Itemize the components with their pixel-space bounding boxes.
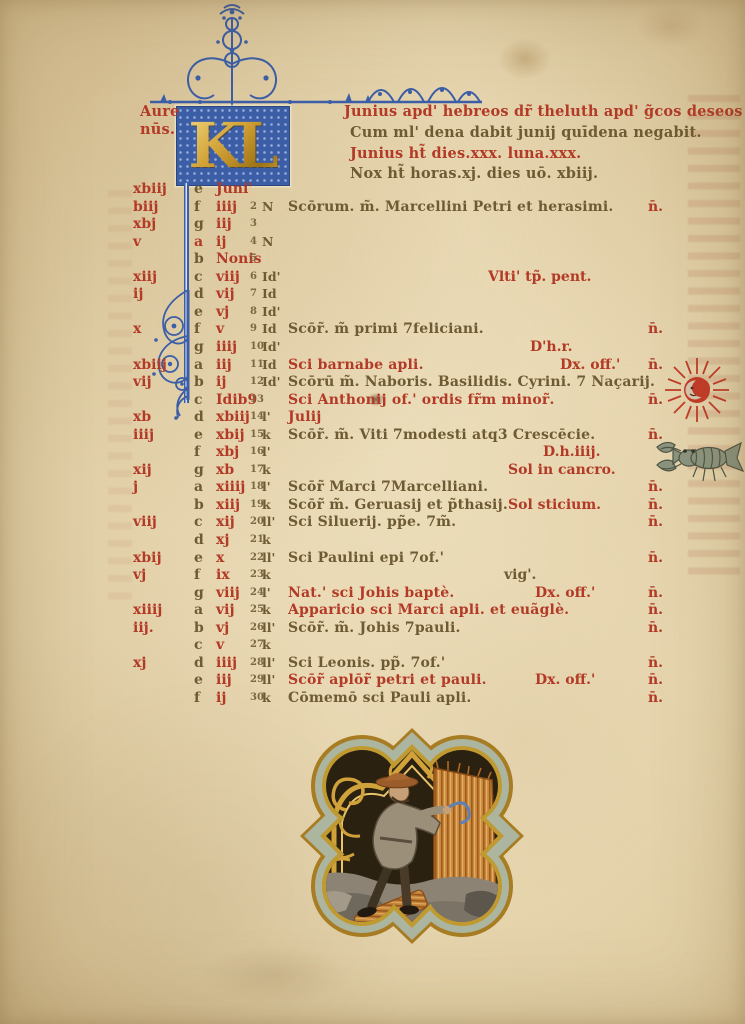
kalend-mark: Id' <box>262 304 280 319</box>
golden-number-column-label-line2: nūs. <box>140 121 175 138</box>
golden-number-column-label-line1: Aure <box>140 103 179 120</box>
margin-n-mark: n̄. <box>648 620 663 636</box>
calendar-row-june-1: xbiijeJuni' <box>0 181 745 199</box>
calendar-row-june-29: eiij29ll'Scōr̃ aplōr̃ petri et pauli.Dx.… <box>0 672 745 690</box>
calendar-row-june-12: vijbij12Id'Scōrū m̃. Naboris. Basilidis.… <box>0 374 745 392</box>
feast-entry: Scōrum. m̃. Marcellini Petri et herasimi… <box>288 199 613 215</box>
roman-day-count: xij <box>216 514 235 530</box>
header-verse-line2: Cum ml' dena dabit junij quīdena negabit… <box>350 124 702 141</box>
golden-number: xiiij <box>133 602 162 618</box>
calendar-row-june-17: xijgxb17kSol in cancro. <box>0 462 745 480</box>
liturgical-note: Dx. off.' <box>535 672 595 688</box>
margin-n-mark: n̄. <box>648 321 663 337</box>
roman-day-count: vij <box>216 286 235 302</box>
feast-entry: Scōr̃. m̃. Viti 7modesti atq3 Crescēcie. <box>288 427 595 443</box>
calendar-row-june-19: bxiij19kScōr̃ m̃. Geruasij et p̃thasij.S… <box>0 497 745 515</box>
kalend-mark: l' <box>262 444 271 459</box>
feast-entry: Cōmemō sci Pauli apli. <box>288 690 472 706</box>
arabic-day-number: 2 <box>250 201 257 212</box>
feast-entry: Sci barnabe apli. <box>288 357 424 373</box>
parchment-stain <box>200 945 350 1005</box>
golden-number: biij <box>133 199 159 215</box>
liturgical-note: Sol in cancro. <box>508 462 616 478</box>
calendar-row-june-16: fxbj16l'D.h.iiij. <box>0 444 745 462</box>
dominical-letter: f <box>194 199 200 215</box>
dominical-letter: a <box>194 357 203 373</box>
roman-day-count: iiij <box>216 655 237 671</box>
liturgical-note: Sol sticium. <box>508 497 601 513</box>
calendar-row-june-2: biijfiiij2NScōrum. m̃. Marcellini Petri … <box>0 199 745 217</box>
feast-entry: Scōr̃ aplōr̃ petri et pauli. <box>288 672 487 688</box>
dominical-letter: a <box>194 479 203 495</box>
dominical-letter: g <box>194 339 204 355</box>
arabic-day-number: 7 <box>250 288 257 299</box>
feast-entry: Sci Anthonij of.' ordis fr̃m minor̃. <box>288 392 555 408</box>
calendar-row-june-24: gviij24l'Nat.' sci Johis baptè.Dx. off.'… <box>0 585 745 603</box>
dominical-letter: e <box>194 427 203 443</box>
dominical-letter: d <box>194 532 204 548</box>
kalend-mark: ll' <box>262 655 275 670</box>
golden-number: iij. <box>133 620 154 636</box>
roman-day-count: xb <box>216 462 234 478</box>
calendar-row-june-13: cIdib913Sci Anthonij of.' ordis fr̃m min… <box>0 392 745 410</box>
calendar-row-june-6: xiijcviij6Id'Vlti' tp̃. pent. <box>0 269 745 287</box>
feast-entry: Scōrū m̃. Naboris. Basilidis. Cyrini. 7 … <box>288 374 655 390</box>
golden-number: xbiij <box>133 357 167 373</box>
feast-entry: Sci Siluerij. pp̃e. 7m̃. <box>288 514 456 530</box>
roman-day-count: vj <box>216 620 229 636</box>
roman-day-count: Juni' <box>216 181 253 197</box>
dominical-letter: d <box>194 286 204 302</box>
margin-n-mark: n̄. <box>648 585 663 601</box>
sun-face-symbol <box>661 354 733 426</box>
feast-entry: Nat.' sci Johis baptè. <box>288 585 454 601</box>
kalend-mark: Id' <box>262 339 280 354</box>
cancer-zodiac-symbol <box>651 431 745 487</box>
roman-day-count: xbij <box>216 427 245 443</box>
arabic-day-number: 3 <box>250 218 257 229</box>
feast-entry: Sci Leonis. pp̃. 7of.' <box>288 655 445 671</box>
kalend-mark: k <box>262 427 271 442</box>
kalend-mark: k <box>262 532 271 547</box>
dominical-letter: g <box>194 216 204 232</box>
calendar-row-june-22: xbijex22ll'Sci Paulini epi 7of.'n̄. <box>0 550 745 568</box>
golden-number: v <box>133 234 141 250</box>
golden-number: x <box>133 321 141 337</box>
golden-number: iiij <box>133 427 154 443</box>
roman-day-count: iij <box>216 216 232 232</box>
golden-number: ij <box>133 286 143 302</box>
margin-n-mark: n̄. <box>648 602 663 618</box>
dominical-letter: d <box>194 655 204 671</box>
golden-number: viij <box>133 514 157 530</box>
roman-day-count: xiiij <box>216 479 245 495</box>
feast-entry: Sci Paulini epi 7of.' <box>288 550 444 566</box>
kalend-mark: k <box>262 690 271 705</box>
golden-number: xbj <box>133 216 156 232</box>
roman-day-count: v <box>216 321 224 337</box>
kalend-mark: l' <box>262 409 271 424</box>
roman-day-count: viij <box>216 269 240 285</box>
feast-entry: Scōr̃. m̃ primi 7feliciani. <box>288 321 484 337</box>
dominical-letter: b <box>194 374 204 390</box>
dominical-letter: g <box>194 585 204 601</box>
kalend-mark: N <box>262 199 273 214</box>
margin-n-mark: n̄. <box>648 514 663 530</box>
kalend-mark: ll' <box>262 672 275 687</box>
kalend-mark: k <box>262 637 271 652</box>
margin-n-mark: n̄. <box>648 655 663 671</box>
golden-number: xb <box>133 409 151 425</box>
calendar-row-june-25: xiiijavij25kApparicio sci Marci apli. et… <box>0 602 745 620</box>
dominical-letter: g <box>194 462 204 478</box>
dominical-letter: b <box>194 620 204 636</box>
kalend-mark: l' <box>262 585 271 600</box>
liturgical-note: D.h.iiij. <box>543 444 600 460</box>
margin-n-mark: n̄. <box>648 550 663 566</box>
calendar-row-june-9: xfv9IdScōr̃. m̃ primi 7feliciani.n̄. <box>0 321 745 339</box>
liturgical-note: Dx. off.' <box>535 585 595 601</box>
calendar-row-june-11: xbiijaiij11IdSci barnabe apli.Dx. off.'n… <box>0 357 745 375</box>
kalend-mark: ll' <box>262 550 275 565</box>
calendar-row-june-4: vaij4N <box>0 234 745 252</box>
kalend-mark: k <box>262 497 271 512</box>
calendar-row-june-28: xjdiiij28ll'Sci Leonis. pp̃. 7of.'n̄. <box>0 655 745 673</box>
parchment-stain <box>636 4 706 48</box>
calendar-row-june-10: giiij10Id'D'h.r. <box>0 339 745 357</box>
arabic-day-number: 4 <box>250 236 257 247</box>
arabic-day-number: 13 <box>250 394 264 405</box>
calendar-row-june-20: viijcxij20ll'Sci Siluerij. pp̃e. 7m̃.n̄. <box>0 514 745 532</box>
parchment-stain <box>498 38 552 80</box>
arabic-day-number: 9 <box>250 323 257 334</box>
golden-number: xbiij <box>133 181 167 197</box>
calendar-row-june-21: dxj21k <box>0 532 745 550</box>
dominical-letter: c <box>194 514 203 530</box>
dominical-letter: e <box>194 672 203 688</box>
arabic-day-number: 6 <box>250 271 257 282</box>
liturgical-note: D'h.r. <box>530 339 572 355</box>
roman-day-count: vj <box>216 304 229 320</box>
feast-entry: Scōr̃ Marci 7Marcelliani. <box>288 479 488 495</box>
roman-day-count: vij <box>216 602 235 618</box>
dominical-letter: c <box>194 392 203 408</box>
feast-entry: Scōr̃. m̃. Johis 7pauli. <box>288 620 461 636</box>
roman-day-count: x <box>216 550 224 566</box>
dominical-letter: f <box>194 567 200 583</box>
dominical-letter: e <box>194 181 203 197</box>
calendar-row-june-14: xbdxbiij14l'Julij <box>0 409 745 427</box>
calendar-row-june-15: iiijexbij15kScōr̃. m̃. Viti 7modesti atq… <box>0 427 745 445</box>
liturgical-note: vig'. <box>504 567 536 583</box>
feast-entry: Apparicio sci Marci apli. et euãglè. <box>288 602 569 618</box>
roman-day-count: iiij <box>216 339 237 355</box>
dominical-letter: e <box>194 550 203 566</box>
roman-day-count: xbj <box>216 444 239 460</box>
golden-number: vij <box>133 374 152 390</box>
roman-day-count: ij <box>216 374 226 390</box>
kalend-mark: ll' <box>262 620 275 635</box>
dominical-letter: f <box>194 444 200 460</box>
roman-day-count: iiij <box>216 199 237 215</box>
kalend-mark: Id <box>262 286 277 301</box>
margin-n-mark: n̄. <box>648 199 663 215</box>
roman-day-count: ij <box>216 690 226 706</box>
dominical-letter: a <box>194 234 203 250</box>
calendar-row-june-30: fij30kCōmemō sci Pauli apli.n̄. <box>0 690 745 708</box>
calendar-row-june-23: vjfix23kvig'. <box>0 567 745 585</box>
dominical-letter: e <box>194 304 203 320</box>
kalend-mark: Id <box>262 357 277 372</box>
kalend-mark: N <box>262 234 273 249</box>
roman-day-count: ij <box>216 234 226 250</box>
calendar-row-june-7: ijdvij7Id <box>0 286 745 304</box>
feast-entry: Scōr̃ m̃. Geruasij et p̃thasij. <box>288 497 508 513</box>
kalend-mark: k <box>262 567 271 582</box>
roman-day-count: iij <box>216 672 232 688</box>
dominical-letter: c <box>194 269 203 285</box>
margin-n-mark: n̄. <box>648 672 663 688</box>
kalend-mark: Id' <box>262 269 280 284</box>
golden-number: xj <box>133 655 146 671</box>
dominical-letter: b <box>194 251 204 267</box>
golden-number: j <box>133 479 138 495</box>
margin-n-mark: n̄. <box>648 690 663 706</box>
roman-day-count: ix <box>216 567 230 583</box>
liturgical-note: Dx. off.' <box>560 357 620 373</box>
roman-day-count: iij <box>216 357 232 373</box>
kalend-mark: ll' <box>262 514 275 529</box>
kalend-mark: k <box>262 602 271 617</box>
dominical-letter: b <box>194 497 204 513</box>
calendar-row-june-3: xbjgiij3 <box>0 216 745 234</box>
arabic-day-number: 5 <box>250 253 257 264</box>
golden-number: xbij <box>133 550 162 566</box>
kalend-mark: Id' <box>262 374 280 389</box>
calendar-row-june-18: jaxiiij18l'Scōr̃ Marci 7Marcelliani.n̄. <box>0 479 745 497</box>
dominical-letter: f <box>194 690 200 706</box>
manuscript-page: KL Aure nūs. Junius apd' hebreos dr̃ the… <box>0 0 745 1024</box>
header-verse-line4: Nox ht̃ horas.xj. dies uō. xbiij. <box>350 165 598 182</box>
kl-initial-letters: KL <box>188 115 277 177</box>
kalend-mark: l' <box>262 479 271 494</box>
golden-number: xiij <box>133 269 157 285</box>
calendar-row-june-27: cv27k <box>0 637 745 655</box>
dominical-letter: c <box>194 637 203 653</box>
calendar-row-june-8: evj8Id' <box>0 304 745 322</box>
kl-initial: KL <box>176 106 290 186</box>
feast-entry: Julij <box>288 409 322 425</box>
penwork-flourish-top <box>140 2 490 112</box>
kalend-mark: k <box>262 462 271 477</box>
calendar-row-june-26: iij.bvj26ll'Scōr̃. m̃. Johis 7pauli.n̄. <box>0 620 745 638</box>
liturgical-note: Vlti' tp̃. pent. <box>488 269 591 285</box>
labor-of-month-medallion <box>296 726 528 948</box>
roman-day-count: viij <box>216 585 240 601</box>
header-verse-line3: Junius ht̃ dies.xxx. luna.xxx. <box>350 145 581 162</box>
dominical-letter: f <box>194 321 200 337</box>
roman-day-count: xiij <box>216 497 240 513</box>
roman-day-count: xbiij <box>216 409 250 425</box>
golden-number: vj <box>133 567 146 583</box>
arabic-day-number: 8 <box>250 306 257 317</box>
roman-day-count: v <box>216 637 224 653</box>
golden-number: xij <box>133 462 152 478</box>
dominical-letter: a <box>194 602 203 618</box>
header-verse-line1: Junius apd' hebreos dr̃ theluth apd' g̃c… <box>344 103 743 120</box>
calendar-row-june-5: bNonis5 <box>0 251 745 269</box>
margin-n-mark: n̄. <box>648 497 663 513</box>
dominical-letter: d <box>194 409 204 425</box>
roman-day-count: xj <box>216 532 229 548</box>
kalend-mark: Id <box>262 321 277 336</box>
